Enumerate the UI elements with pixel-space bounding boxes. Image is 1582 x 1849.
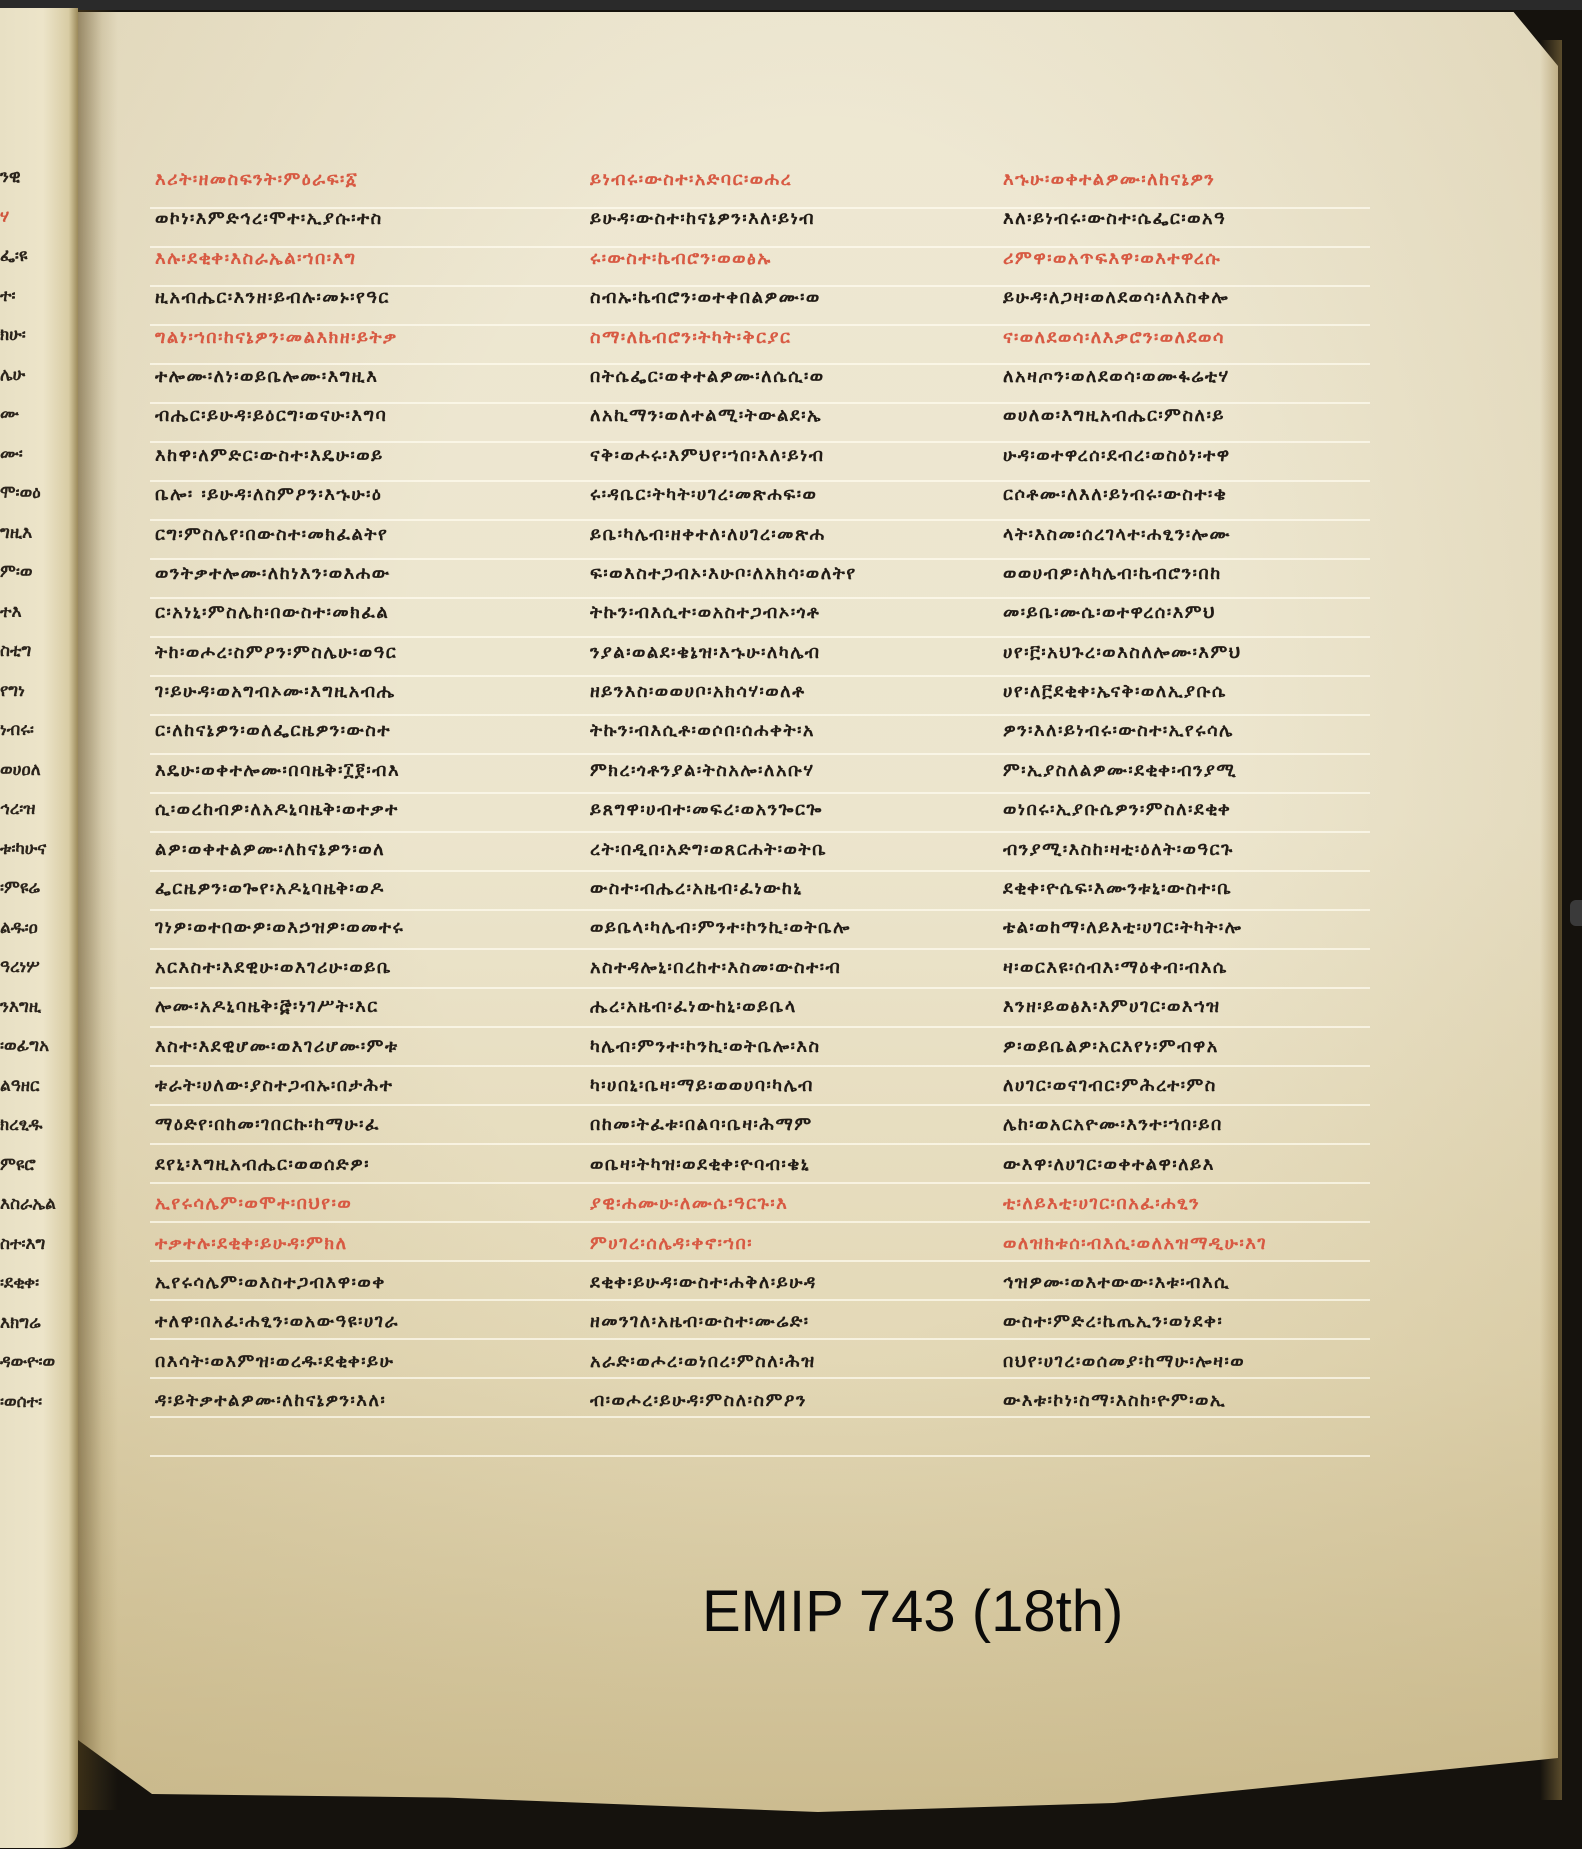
facing-text-line: ዓረነሦ	[0, 948, 70, 988]
text-line: በህየ፡ሀገረ፡ወሰመያ፡ከማሁ፡ሎዛ፡ወ	[1003, 1342, 1403, 1381]
text-line: ሩ፡ዳቤር፡ትካት፡ሀገረ፡መጽሐፍ፡ወ	[590, 475, 990, 514]
text-line: ዳ፡ይትቃተልዎሙ፡ለከናኔዎን፡እለ፡	[155, 1381, 555, 1420]
text-line: ልዎ፡ወቀተልዎሙ፡ለከናኔዎን፡ወለ	[155, 830, 555, 869]
text-line: ይቤ፡ካሌብ፡ዘቀተለ፡ለሀገረ፡መጽሐ	[590, 515, 990, 554]
text-line: ተሎሙ፡ለነ፡ወይቤሎሙ፡እግዚእ	[155, 357, 555, 396]
text-line: ርግ፡ምስሌየ፡በውስተ፡መክፈልትየ	[155, 515, 555, 554]
facing-text-line: ም፡ወ	[0, 553, 70, 593]
text-line: ወቤዛ፡ትካዝ፡ወደቂቀ፡ዮባብ፡ቄኒ	[590, 1145, 990, 1184]
text-line: ወንትቃተሎሙ፡ለከነእን፡ወእሐው	[155, 554, 555, 593]
text-line: ዘይንእስ፡ወወሀቦ፡አክሳሃ፡ወለቶ	[590, 672, 990, 711]
facing-text-line: ወሀዐለ	[0, 751, 70, 791]
rubric-line: እሉ፡ደቂቀ፡እስራኤል፡ኀበ፡እግ	[155, 239, 555, 278]
facing-text-line: እስራኤል	[0, 1185, 70, 1225]
rubric-line: ሩ፡ውስተ፡ኬብሮን፡ወወፅኡ	[590, 239, 990, 278]
text-line: እከዋ፡ለምድር፡ውስተ፡እዴሁ፡ወይ	[155, 436, 555, 475]
facing-text-line: ንእግዚ	[0, 988, 70, 1028]
text-line: ወነበሩ፡ኢያቡሴዎን፡ምስለ፡ደቂቀ	[1003, 790, 1403, 829]
facing-page: ንዊሃፌ፡ዩተ፡ክሁ፡ሌሁሙሙ፡ሞ፡ወዕግዚእም፡ወተእስቲግየግነነብሩ፡ወሀ…	[0, 8, 78, 1848]
text-line: ስብኡ፡ኬብሮን፡ወተቀበልዎሙ፡ወ	[590, 278, 990, 317]
facing-text-line: ፡ደቂቀ፡	[0, 1264, 70, 1304]
text-line: ወይቤላ፡ካሌብ፡ምንተ፡ኮንኪ፡ወትቤሎ	[590, 908, 990, 947]
rubric-line: ወለዝክቱሰ፡ብእሲ፡ወለአዝማዲሁ፡እገ	[1003, 1224, 1403, 1263]
rubric-line: ስማ፡ለኬብሮን፡ትካት፡ቅርያር	[590, 318, 990, 357]
text-line: ቤሎ፡ ፡ይሁዳ፡ለስምዖን፡እኁሁ፡ዕ	[155, 475, 555, 514]
facing-page-text: ንዊሃፌ፡ዩተ፡ክሁ፡ሌሁሙሙ፡ሞ፡ወዕግዚእም፡ወተእስቲግየግነነብሩ፡ወሀ…	[0, 158, 70, 1422]
facing-text-line: ግዚእ	[0, 514, 70, 554]
text-line: ካ፡ሀበኒ፡ቤዛ፡ማይ፡ወወሀባ፡ካሌብ	[590, 1066, 990, 1105]
rubric-line: ኢየሩሳሌም፡ወሞተ፡በህየ፡ወ	[155, 1184, 555, 1223]
text-line: ዘመንገለ፡አዜብ፡ውስተ፡ሙሬድ፡	[590, 1302, 990, 1341]
manuscript-caption: EMIP 743 (18th)	[702, 1578, 1123, 1645]
text-line: ዎን፡እለ፡ይነብሩ፡ውስተ፡ኢየሩሳሌ	[1003, 711, 1403, 750]
text-line: ምክረ፡ጎቶንያል፡ትስአሎ፡ለአቡሃ	[590, 751, 990, 790]
text-column-3: እኁሁ፡ወቀተልዎሙ፡ለከናኔዎንእለ፡ይነብሩ፡ውስተ፡ሴፌር፡ወአዓሪምዋ፡…	[1003, 160, 1403, 1421]
text-line: እንዘ፡ይወፅእ፡እምሀገር፡ወእኀዝ	[1003, 987, 1403, 1026]
text-line: ገነዎ፡ወተበውዎ፡ወእኃዝዎ፡ወመተሩ	[155, 908, 555, 947]
text-line: በትሴፌር፡ወቀተልዎሙ፡ለሴሲ፡ወ	[590, 357, 990, 396]
rubric-line: እሪት፡ዘመስፍንት፡ምዕራፍ፡፩	[155, 160, 555, 199]
text-line: ኢየሩሳሌም፡ወእስተጋብእዋ፡ወቀ	[155, 1263, 555, 1302]
facing-text-line: ሙ	[0, 395, 70, 435]
text-line: ዎ፡ወይቤልዎ፡አርእየነ፡ምብዋአ	[1003, 1027, 1403, 1066]
facing-text-line: ነብሩ፡	[0, 711, 70, 751]
rubric-line: ግልነ፡ኀበ፡ከናኔዎን፡መልእክዘ፡ይትቃ	[155, 318, 555, 357]
text-line: ወሀለወ፡እግዚአብሔር፡ምስለ፡ይ	[1003, 396, 1403, 435]
text-line: ደየኒ፡እግዚአብሔር፡ወወሰድዎ፡	[155, 1145, 555, 1184]
text-line: እዴሁ፡ወቀተሎሙ፡በባዜቅ፡፲፻፡ብእ	[155, 751, 555, 790]
text-line: እስተ፡እደዊሆሙ፡ወእገሪሆሙ፡ምቱ	[155, 1027, 555, 1066]
text-line: ደቂቀ፡ይሁዳ፡ውስተ፡ሐቅለ፡ይሁዳ	[590, 1263, 990, 1302]
facing-text-line: ክሁ፡	[0, 316, 70, 356]
text-line: ር፡ለከናኔዎን፡ወለፌርዜዎን፡ውስተ	[155, 711, 555, 750]
text-line: ብንያሚ፡እስከ፡ዛቲ፡ዕለት፡ወዓርጉ	[1003, 830, 1403, 869]
rubric-line: ይነብሩ፡ውስተ፡አድባር፡ወሐረ	[590, 160, 990, 199]
facing-text-line: ተ፡	[0, 277, 70, 317]
facing-text-line: ፡ወሰተ፡	[0, 1383, 70, 1423]
rubric-line: ተቃተሉ፡ደቂቀ፡ይሁዳ፡ምክለ	[155, 1224, 555, 1263]
rubric-line: ምሀገረ፡ሰሌዳ፡ቀኖ፡ኀበ፡	[590, 1224, 990, 1263]
text-line: ዛ፡ወርእዩ፡ሰብእ፡ማዕቀብ፡ብእሴ	[1003, 948, 1403, 987]
text-line: ወኮነ፡እምድኅረ፡ሞተ፡ኢያሱ፡ተስ	[155, 199, 555, 238]
text-line: ለአኪማን፡ወለተልሚ፡ትውልደ፡ኤ	[590, 396, 990, 435]
text-line: ውስተ፡ብሔረ፡አዜብ፡ፈነውከኒ	[590, 869, 990, 908]
text-line: ፌርዜዎን፡ወጐየ፡አዶኒባዜቅ፡ወዶ	[155, 869, 555, 908]
text-line: ይጸግዋ፡ሀብተ፡መፍረ፡ወአንጐርጐ	[590, 790, 990, 829]
facing-text-line: ንዊ	[0, 158, 70, 198]
top-border	[0, 0, 1582, 10]
facing-text-line: ልዱ፡ዐ	[0, 909, 70, 949]
text-line: ሌከ፡ወአርአዮሙ፡እንተ፡ኀበ፡ይበ	[1003, 1105, 1403, 1144]
text-line: ትኩን፡ብእሲተ፡ወአስተጋብኦ፡ጎቶ	[590, 593, 990, 632]
facing-text-line: ክረፂዱ	[0, 1106, 70, 1146]
facing-text-line: ቱ፡ካሁና	[0, 830, 70, 870]
facing-text-line: ሌሁ	[0, 356, 70, 396]
text-line: ገ፡ይሁዳ፡ወአግብኦሙ፡እግዚአብሔ	[155, 672, 555, 711]
facing-text-line: ስቲግ	[0, 632, 70, 672]
text-line: ር፡አነኒ፡ምስሌከ፡በውስተ፡መክፈል	[155, 593, 555, 632]
text-line: ትኩን፡ብእሲቶ፡ወሶበ፡ሰሐቀት፡አ	[590, 711, 990, 750]
facing-text-line: ሃ	[0, 198, 70, 238]
text-line: ሀየ፡ለ፫ደቂቀ፡ኤናቅ፡ወለኢያቡሴ	[1003, 672, 1403, 711]
text-line: ረት፡በዲበ፡አድግ፡ወጸርሐት፡ወትቤ	[590, 830, 990, 869]
text-line: ወወሀብዎ፡ለካሌብ፡ኬብሮን፡በከ	[1003, 554, 1403, 593]
facing-text-line: ልዓዘር	[0, 1067, 70, 1107]
facing-text-line: ፡ወፊግአ	[0, 1027, 70, 1067]
text-line: በከመ፡ትፈቱ፡በልባ፡ቤዛ፡ሕማም	[590, 1105, 990, 1144]
text-line: ሁዳ፡ወተዋረሰ፡ደብረ፡ወስዕነ፡ተዋ	[1003, 436, 1403, 475]
text-column-1: እሪት፡ዘመስፍንት፡ምዕራፍ፡፩ወኮነ፡እምድኅረ፡ሞተ፡ኢያሱ፡ተስእሉ፡ደ…	[155, 160, 555, 1421]
facing-text-line: ኅረ፡ዝ	[0, 790, 70, 830]
facing-text-line: ምዩሮ	[0, 1146, 70, 1186]
text-line: ደቂቀ፡ዮሴፍ፡እሙንቱኒ፡ውስተ፡ቤ	[1003, 869, 1403, 908]
text-line: ንያል፡ወልደ፡ቄኔዝ፡እኁሁ፡ለካሌብ	[590, 633, 990, 672]
text-line: አርእስተ፡እደዊሁ፡ወእገሪሁ፡ወይቤ	[155, 948, 555, 987]
text-line: ርሶቶሙ፡ለእለ፡ይነብሩ፡ውስተ፡ቄ	[1003, 475, 1403, 514]
text-line: ላት፡እስመ፡ሰረገላተ፡ሐፂን፡ሎሙ	[1003, 515, 1403, 554]
facing-text-line: የግነ	[0, 672, 70, 712]
text-line: ሎሙ፡አዶኒባዜቅ፡፸፡ነገሥት፡እር	[155, 987, 555, 1026]
text-line: እለ፡ይነብሩ፡ውስተ፡ሴፌር፡ወአዓ	[1003, 199, 1403, 238]
facing-text-line: ዳውዮ፡ወ	[0, 1343, 70, 1383]
facing-text-line: ፡ምዩሬ	[0, 869, 70, 909]
facing-text-line: ስተ፡እግ	[0, 1225, 70, 1265]
text-line: ቱራት፡ሀለው፡ያስተጋብኡ፡በታሕተ	[155, 1066, 555, 1105]
text-line: ውእቱ፡ኮነ፡ስማ፡እስከ፡ዮም፡ወኢ	[1003, 1381, 1403, 1420]
facing-text-line: ፌ፡ዩ	[0, 237, 70, 277]
text-line: ውስተ፡ምድረ፡ኬጤኢን፡ወነደቀ፡	[1003, 1302, 1403, 1341]
text-line: ለሀገር፡ወናገብር፡ምሕረተ፡ምስ	[1003, 1066, 1403, 1105]
text-line: ተለዋ፡በአፈ፡ሐፂን፡ወአውዓዩ፡ሀገራ	[155, 1302, 555, 1341]
text-line: ቴል፡ወከማ፡ለይእቲ፡ሀገር፡ትካት፡ሎ	[1003, 908, 1403, 947]
text-line: አስተዳሎኒ፡በረከተ፡እስመ፡ውስተ፡ብ	[590, 948, 990, 987]
text-line: አራድ፡ወሖረ፡ወነበረ፡ምስለ፡ሕዝ	[590, 1342, 990, 1381]
rubric-line: ያዊ፡ሐሙሁ፡ለሙሴ፡ዓርጉ፡እ	[590, 1184, 990, 1223]
facing-text-line: ሞ፡ወዕ	[0, 474, 70, 514]
facing-text-line: እክግሬ	[0, 1304, 70, 1344]
text-line: ዚአብሔር፡እንዘ፡ይብሉ፡መኑ፡የዓር	[155, 278, 555, 317]
text-line: መ፡ይቤ፡ሙሴ፡ወተዋረሰ፡እምህ	[1003, 593, 1403, 632]
text-line: ብሔር፡ይሁዳ፡ይዕርግ፡ወናሁ፡እግባ	[155, 396, 555, 435]
facing-text-line: ተእ	[0, 593, 70, 633]
facing-text-line: ሙ፡	[0, 435, 70, 475]
text-line: ናቅ፡ወሖሩ፡እምህየ፡ኀበ፡እለ፡ይነብ	[590, 436, 990, 475]
rubric-line: ሪምዋ፡ወአጥፍእዋ፡ወእተዋረሱ	[1003, 239, 1403, 278]
text-line: ይሁዳ፡ውስተ፡ከናኔዎን፡እለ፡ይነብ	[590, 199, 990, 238]
text-line: ሔረ፡አዜብ፡ፈነውከኒ፡ወይቤላ	[590, 987, 990, 1026]
text-line: ውእዋ፡ለሀገር፡ወቀተልዋ፡ለይእ	[1003, 1145, 1403, 1184]
text-column-2: ይነብሩ፡ውስተ፡አድባር፡ወሐረይሁዳ፡ውስተ፡ከናኔዎን፡እለ፡ይነብሩ፡ው…	[590, 160, 990, 1421]
rubric-line: እኁሁ፡ወቀተልዎሙ፡ለከናኔዎን	[1003, 160, 1403, 199]
text-line: ብ፡ወሖረ፡ይሁዳ፡ምስለ፡ስምዖን	[590, 1381, 990, 1420]
edge-tab	[1570, 900, 1582, 926]
text-line: ኅዝዎሙ፡ወእተውው፡እቱ፡ብእሲ	[1003, 1263, 1403, 1302]
text-line: ትከ፡ወሖረ፡ስምዖን፡ምስሌሁ፡ወዓር	[155, 633, 555, 672]
text-line: ሲ፡ወረከብዎ፡ለአዶኒባዜቅ፡ወተቃተ	[155, 790, 555, 829]
text-line: ማዕድየ፡በከመ፡ገበርኩ፡ከማሁ፡ፈ	[155, 1105, 555, 1144]
rubric-line: ና፡ወለደወሳ፡ለእቃሮን፡ወለደወሳ	[1003, 318, 1403, 357]
text-line: ይሁዳ፡ለጋዛ፡ወለደወሳ፡ለእስቀሎ	[1003, 278, 1403, 317]
text-line: ፍ፡ወእስተጋብኦ፡እሁቦ፡ለአክሳ፡ወለትየ	[590, 554, 990, 593]
text-line: በእሳት፡ወእምዝ፡ወረዱ፡ደቂቀ፡ይሁ	[155, 1342, 555, 1381]
text-line: ለአዛጦን፡ወለደወሳ፡ወሙፋሬቲሃ	[1003, 357, 1403, 396]
text-line: ሀየ፡፫፡አህጉረ፡ወእስለሎሙ፡እምህ	[1003, 633, 1403, 672]
text-line: ም፡ኢያስለልዎሙ፡ደቂቀ፡ብንያሚ	[1003, 751, 1403, 790]
rubric-line: ቲ፡ለይእቲ፡ሀገር፡በአፈ፡ሐፂን	[1003, 1184, 1403, 1223]
text-line: ካሌብ፡ምንተ፡ኮንኪ፡ወትቤሎ፡እስ	[590, 1027, 990, 1066]
manuscript-photo: ንዊሃፌ፡ዩተ፡ክሁ፡ሌሁሙሙ፡ሞ፡ወዕግዚእም፡ወተእስቲግየግነነብሩ፡ወሀ…	[0, 0, 1582, 1849]
